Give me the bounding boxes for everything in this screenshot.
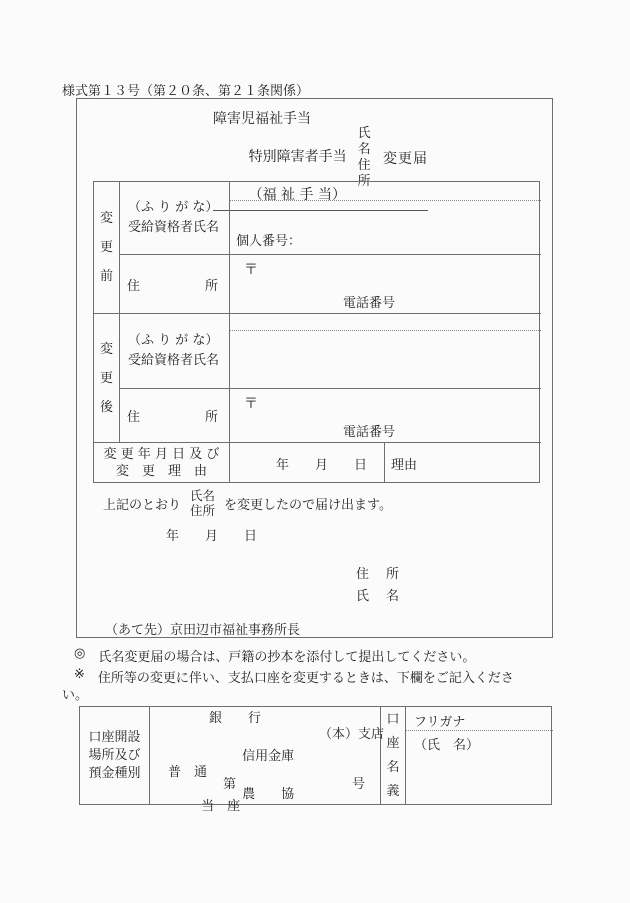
title-line2: 特別障害者手当	[249, 149, 347, 165]
note-account: ※ 住所等の変更に伴い、支払口座を変更するときは、下欄をご記入くださ	[74, 667, 514, 686]
change-date-cell: 年 月 日	[230, 443, 385, 483]
bank-option: 銀 行	[209, 711, 261, 726]
postal-mark: 〒	[244, 393, 258, 413]
change-label-line1: 変 更 年 月 日 及 び	[104, 446, 220, 463]
recipient-name-label: 受給資格者氏名	[128, 351, 229, 371]
double-circle-mark: ◎	[74, 646, 85, 665]
change-label-line2: 変 更 理 由	[116, 463, 207, 480]
before-address-value-cell: 〒 電話番号	[230, 255, 541, 314]
personal-number-label: 個人番号：	[236, 230, 301, 249]
form-page: 様式第１３号（第２０条、第２１条関係） 障害児福祉手当 特別障害者手当 （福 祉…	[0, 0, 630, 903]
phone-label: 電話番号	[343, 292, 395, 311]
note-account-continuation: い。	[62, 684, 88, 703]
form-number: 様式第１３号（第２０条、第２１条関係）	[62, 80, 309, 99]
change-reason-cell: 理由	[385, 443, 541, 483]
statement-name: 氏名	[190, 488, 215, 503]
account-number-suffix: 号	[352, 773, 365, 792]
holder-name-label: （氏 名）	[414, 734, 479, 753]
furigana-divider	[230, 330, 541, 331]
statement-suffix: を変更したので届け出ます。	[224, 494, 392, 513]
change-date-placeholder: 年 月 日	[276, 454, 367, 473]
nokyo-option: 農 協	[242, 787, 294, 802]
holder-furigana-divider	[406, 730, 553, 731]
postal-mark: 〒	[244, 259, 258, 279]
addressee: （あて先）京田辺市福祉事務所長	[105, 619, 300, 638]
account-holder-label: 口座名義	[387, 708, 400, 804]
form-outer-box: 障害児福祉手当 特別障害者手当 （福 祉 手 当） 氏名 住所 変更届 変更前 …	[76, 98, 553, 638]
branch-label: （本）支店	[319, 723, 384, 742]
address-label: 住 所	[127, 406, 218, 425]
account-number-prefix: 第	[223, 773, 236, 792]
statement-address: 住所	[190, 503, 215, 518]
account-place-type-label-cell: 口座開設 場所及び 預金種別	[80, 707, 150, 804]
row-group-before: 変更前	[94, 182, 120, 314]
declaration-date: 年 月 日	[166, 525, 257, 544]
title-name-label: 氏名	[358, 126, 372, 158]
account-institution-cell: 銀 行 信用金庫 農 協 （本）支店 普 通 当 座 第 号	[150, 707, 381, 804]
futsu-option: 普 通	[168, 765, 207, 780]
shinkin-option: 信用金庫	[242, 749, 294, 764]
change-date-reason-label-cell: 変 更 年 月 日 及 び 変 更 理 由	[94, 443, 230, 483]
title-name-address: 氏名 住所	[358, 126, 372, 190]
signature-name-label: 氏 名	[356, 585, 401, 604]
account-label-line2: 場所及び	[88, 747, 140, 765]
note-koseki-text: 氏名変更届の場合は、戸籍の抄本を添付して提出してください。	[98, 646, 475, 665]
declaration-statement: 上記のとおり 氏名 住所 を変更したので届け出ます。	[103, 488, 392, 518]
after-address-label-cell: 住 所	[120, 389, 230, 443]
after-address-value-cell: 〒 電話番号	[230, 389, 541, 443]
furigana-label: （ふ り が な）	[128, 331, 229, 351]
after-name-value-cell	[230, 314, 541, 389]
holder-furigana-label: フリガナ	[414, 711, 465, 730]
account-holder-value-cell: フリガナ （氏 名）	[406, 707, 553, 804]
furigana-label: （ふ り が な）	[128, 198, 229, 218]
reason-label: 理由	[391, 454, 417, 473]
change-table: 変更前 （ふ り が な） 受給資格者氏名 個人番号： 住 所 〒 電話番号 変…	[93, 181, 540, 483]
account-label-line3: 預金種別	[88, 765, 140, 783]
after-label: 変更後	[100, 335, 113, 422]
furigana-divider	[230, 200, 541, 201]
account-table: 口座開設 場所及び 預金種別 銀 行 信用金庫 農 協 （本）支店 普 通 当 …	[79, 706, 552, 805]
account-label-line1: 口座開設	[88, 729, 140, 747]
title-line1: 障害児福祉手当	[213, 111, 311, 127]
recipient-name-label: 受給資格者氏名	[128, 218, 229, 238]
row-group-after: 変更後	[94, 314, 120, 443]
account-holder-label-cell: 口座名義	[381, 707, 406, 804]
phone-label: 電話番号	[343, 421, 395, 440]
before-label: 変更前	[100, 204, 113, 291]
statement-name-address: 氏名 住所	[190, 488, 215, 518]
before-name-label-cell: （ふ り が な） 受給資格者氏名	[120, 182, 230, 255]
before-address-label-cell: 住 所	[120, 255, 230, 314]
note-koseki: ◎ 氏名変更届の場合は、戸籍の抄本を添付して提出してください。	[74, 646, 475, 665]
note-account-text: 住所等の変更に伴い、支払口座を変更するときは、下欄をご記入くださ	[98, 667, 514, 686]
toza-option: 当 座	[201, 799, 240, 814]
statement-prefix: 上記のとおり	[103, 494, 181, 513]
before-name-value-cell: 個人番号：	[230, 182, 541, 255]
address-label: 住 所	[127, 275, 218, 294]
after-name-label-cell: （ふ り が な） 受給資格者氏名	[120, 314, 230, 389]
title-suffix: 変更届	[383, 148, 428, 168]
signature-address-label: 住 所	[356, 563, 401, 582]
